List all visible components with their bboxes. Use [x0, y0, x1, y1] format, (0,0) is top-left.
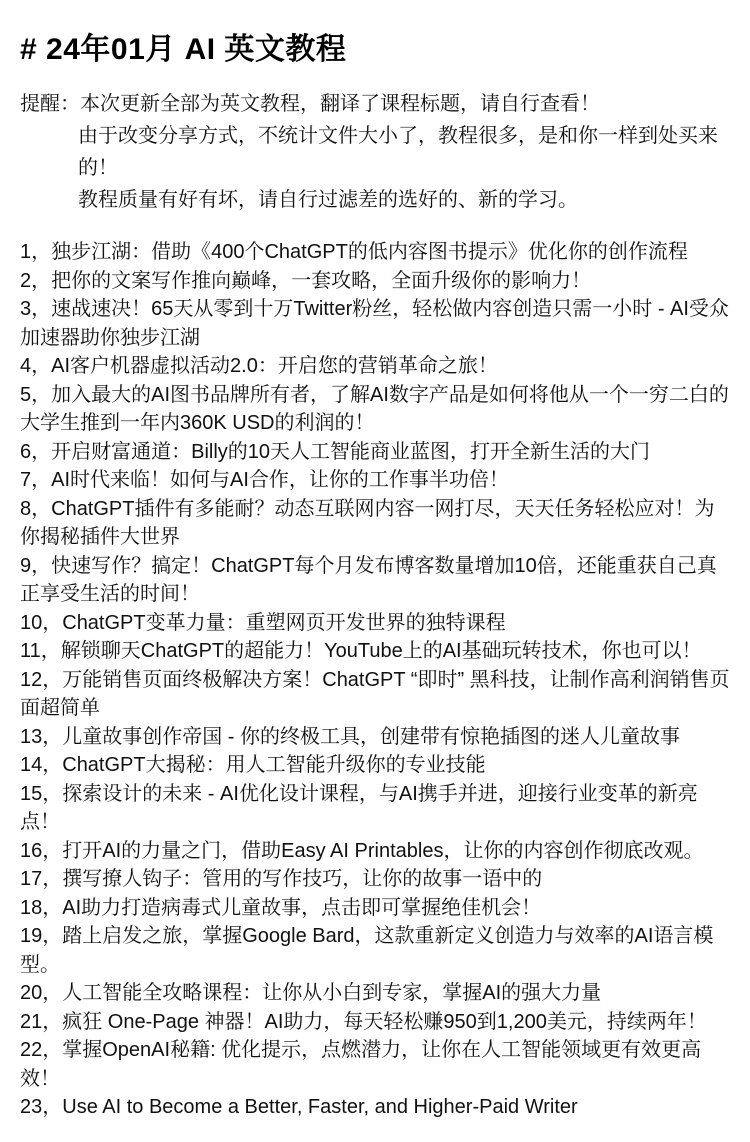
course-item-23: 23，Use AI to Become a Better, Faster, an…	[20, 1093, 732, 1122]
page-title: # 24年01月 AI 英文教程	[20, 30, 732, 70]
notice-line-1: 提醒：本次更新全部为英文教程，翻译了课程标题，请自行查看！	[20, 88, 732, 120]
course-item-20: 20，人工智能全攻略课程：让你从小白到专家，掌握AI的强大力量	[20, 979, 732, 1008]
course-item-16: 16，打开AI的力量之门，借助Easy AI Printables，让你的内容创…	[20, 837, 732, 866]
course-item-3: 3，速战速决！65天从零到十万Twitter粉丝，轻松做内容创造只需一小时 - …	[20, 295, 732, 352]
course-item-1: 1，独步江湖：借助《400个ChatGPT的低内容图书提示》优化你的创作流程	[20, 238, 732, 267]
document-page: # 24年01月 AI 英文教程 提醒：本次更新全部为英文教程，翻译了课程标题，…	[0, 0, 750, 1142]
course-item-6: 6，开启财富通道：Billy的10天人工智能商业蓝图，打开全新生活的大门	[20, 438, 732, 467]
course-item-14: 14，ChatGPT大揭秘：用人工智能升级你的专业技能	[20, 751, 732, 780]
course-item-18: 18，AI助力打造病毒式儿童故事，点击即可掌握绝佳机会！	[20, 894, 732, 923]
course-item-8: 8，ChatGPT插件有多能耐？动态互联网内容一网打尽，天天任务轻松应对！为你揭…	[20, 495, 732, 552]
notice-line-2: 由于改变分享方式，不统计文件大小了，教程很多，是和你一样到处买来的！	[20, 120, 732, 184]
course-item-11: 11，解锁聊天ChatGPT的超能力！YouTube上的AI基础玩转技术，你也可…	[20, 637, 732, 666]
course-item-19: 19，踏上启发之旅，掌握Google Bard，这款重新定义创造力与效率的AI语…	[20, 922, 732, 979]
course-item-17: 17，撰写撩人钩子：管用的写作技巧，让你的故事一语中的	[20, 865, 732, 894]
course-item-22: 22，掌握OpenAI秘籍: 优化提示，点燃潜力，让你在人工智能领域更有效更高效…	[20, 1036, 732, 1093]
course-item-21: 21，疯狂 One-Page 神器！AI助力，每天轻松赚950到1,200美元，…	[20, 1008, 732, 1037]
course-item-15: 15，探索设计的未来 - AI优化设计课程，与AI携手并进，迎接行业变革的新亮点…	[20, 780, 732, 837]
course-item-9: 9，快速写作？搞定！ChatGPT每个月发布博客数量增加10倍，还能重获自己真正…	[20, 552, 732, 609]
course-item-12: 12，万能销售页面终极解决方案！ChatGPT “即时” 黑科技，让制作高利润销…	[20, 666, 732, 723]
course-item-2: 2，把你的文案写作推向巅峰，一套攻略，全面升级你的影响力！	[20, 267, 732, 296]
notice-block: 提醒：本次更新全部为英文教程，翻译了课程标题，请自行查看！ 由于改变分享方式，不…	[20, 88, 732, 216]
course-item-10: 10，ChatGPT变革力量：重塑网页开发世界的独特课程	[20, 609, 732, 638]
course-item-4: 4，AI客户机器虚拟活动2.0：开启您的营销革命之旅！	[20, 352, 732, 381]
course-item-5: 5，加入最大的AI图书品牌所有者，了解AI数字产品是如何将他从一个一穷二白的大学…	[20, 381, 732, 438]
course-item-13: 13，儿童故事创作帝国 - 你的终极工具，创建带有惊艳插图的迷人儿童故事	[20, 723, 732, 752]
notice-line-3: 教程质量有好有坏，请自行过滤差的选好的、新的学习。	[20, 184, 732, 216]
course-list: 1，独步江湖：借助《400个ChatGPT的低内容图书提示》优化你的创作流程 2…	[20, 238, 732, 1122]
course-item-7: 7，AI时代来临！如何与AI合作，让你的工作事半功倍！	[20, 466, 732, 495]
